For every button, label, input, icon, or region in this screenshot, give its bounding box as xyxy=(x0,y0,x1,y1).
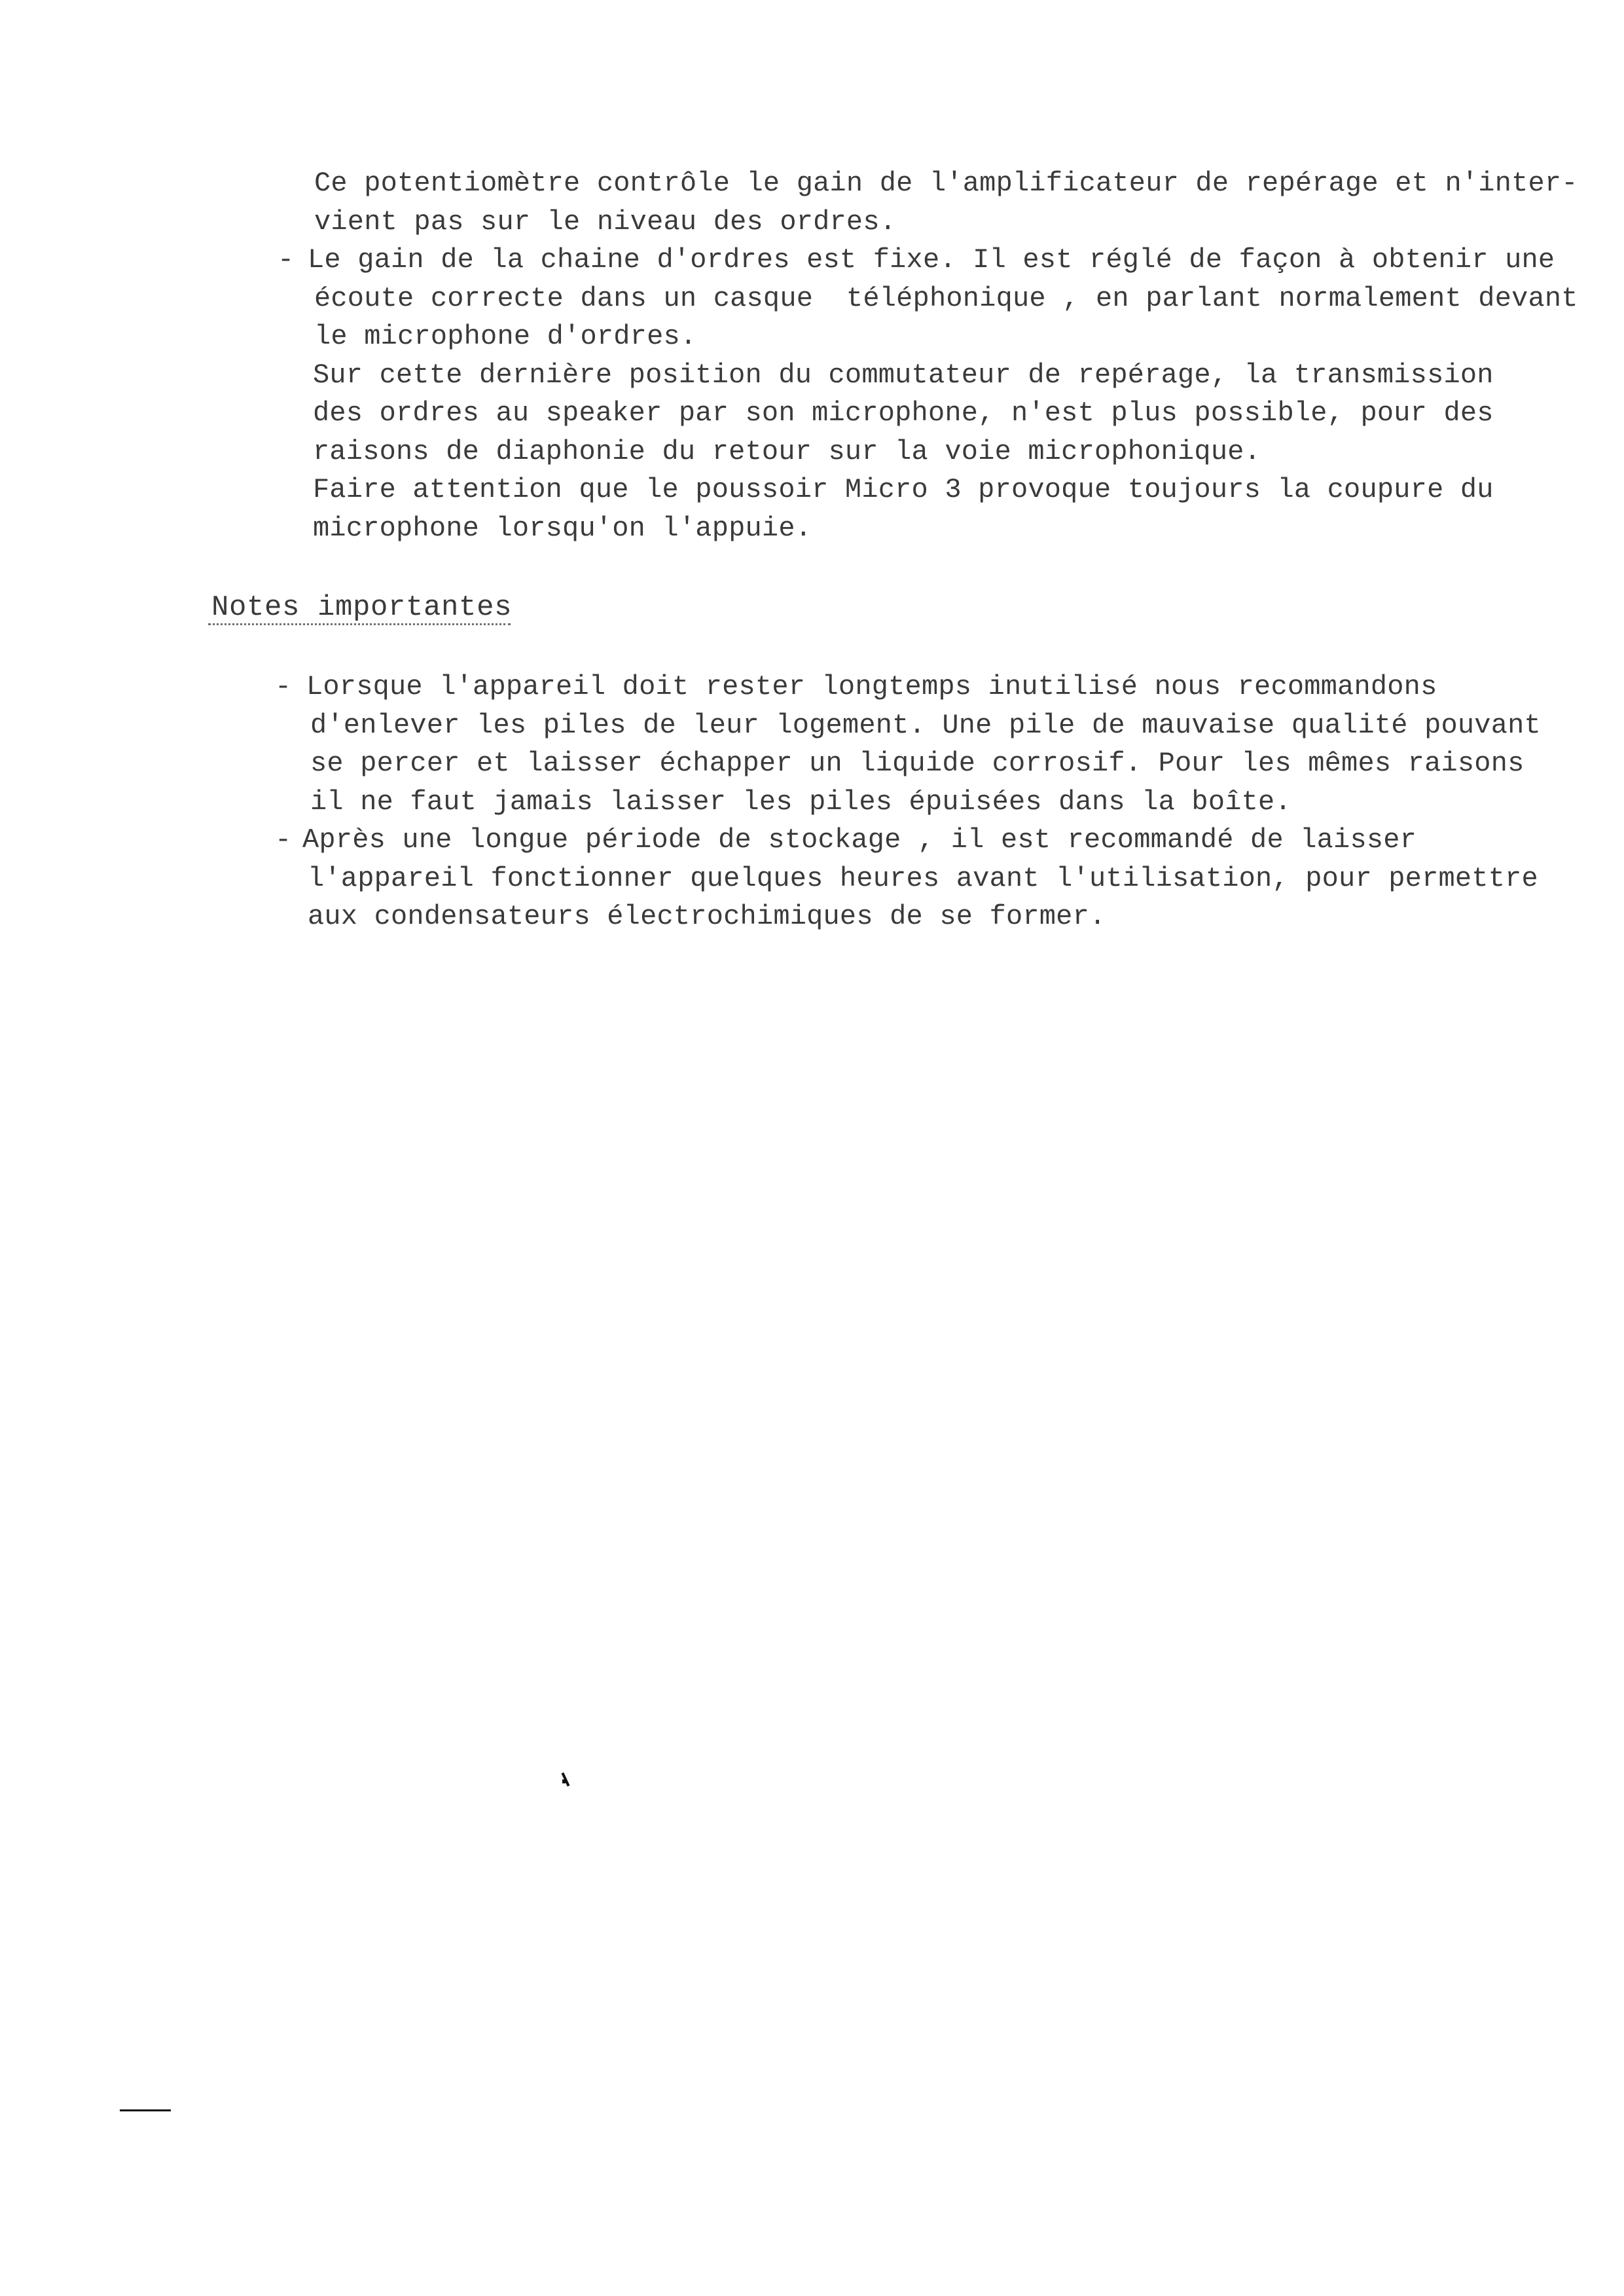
bullet-dash: - xyxy=(275,673,291,701)
bullet-dash: - xyxy=(275,826,291,854)
top-line-3: Le gain de la chaine d'ordres est fixe. … xyxy=(308,246,1555,274)
top-line-8: raisons de diaphonie du retour sur la vo… xyxy=(313,438,1261,465)
note-2-line-3: aux condensateurs électrochimiques de se… xyxy=(308,903,1106,930)
note-1-line-3: se percer et laisser échapper un liquide… xyxy=(310,750,1525,777)
top-line-6: Sur cette dernière position du commutate… xyxy=(313,361,1494,389)
note-1-line-2: d'enlever les piles de leur logement. Un… xyxy=(310,712,1541,739)
note-1-line-1: Lorsque l'appareil doit rester longtemps… xyxy=(306,673,1437,701)
note-1-line-4: il ne faut jamais laisser les piles épui… xyxy=(310,788,1291,816)
note-2-line-2: l'appareil fonctionner quelques heures a… xyxy=(308,865,1538,892)
top-line-2: vient pas sur le niveau des ordres. xyxy=(314,208,896,236)
bullet-dash: - xyxy=(278,246,294,274)
heading-underline xyxy=(208,623,511,625)
scan-mark xyxy=(562,1779,566,1783)
top-line-5: le microphone d'ordres. xyxy=(314,323,696,350)
top-line-9: Faire attention que le poussoir Micro 3 … xyxy=(313,476,1494,503)
top-line-10: microphone lorsqu'on l'appuie. xyxy=(313,515,812,542)
top-line-7: des ordres au speaker par son microphone… xyxy=(313,399,1494,427)
document-page: Ce potentiomètre contrôle le gain de l'a… xyxy=(0,0,1624,2296)
section-heading: Notes importantes xyxy=(211,593,512,622)
top-line-4: écoute correcte dans un casque téléphoni… xyxy=(314,285,1578,312)
top-line-1: Ce potentiomètre contrôle le gain de l'a… xyxy=(314,170,1578,197)
note-2-line-1: Après une longue période de stockage , i… xyxy=(302,826,1416,854)
margin-rule xyxy=(120,2109,171,2111)
